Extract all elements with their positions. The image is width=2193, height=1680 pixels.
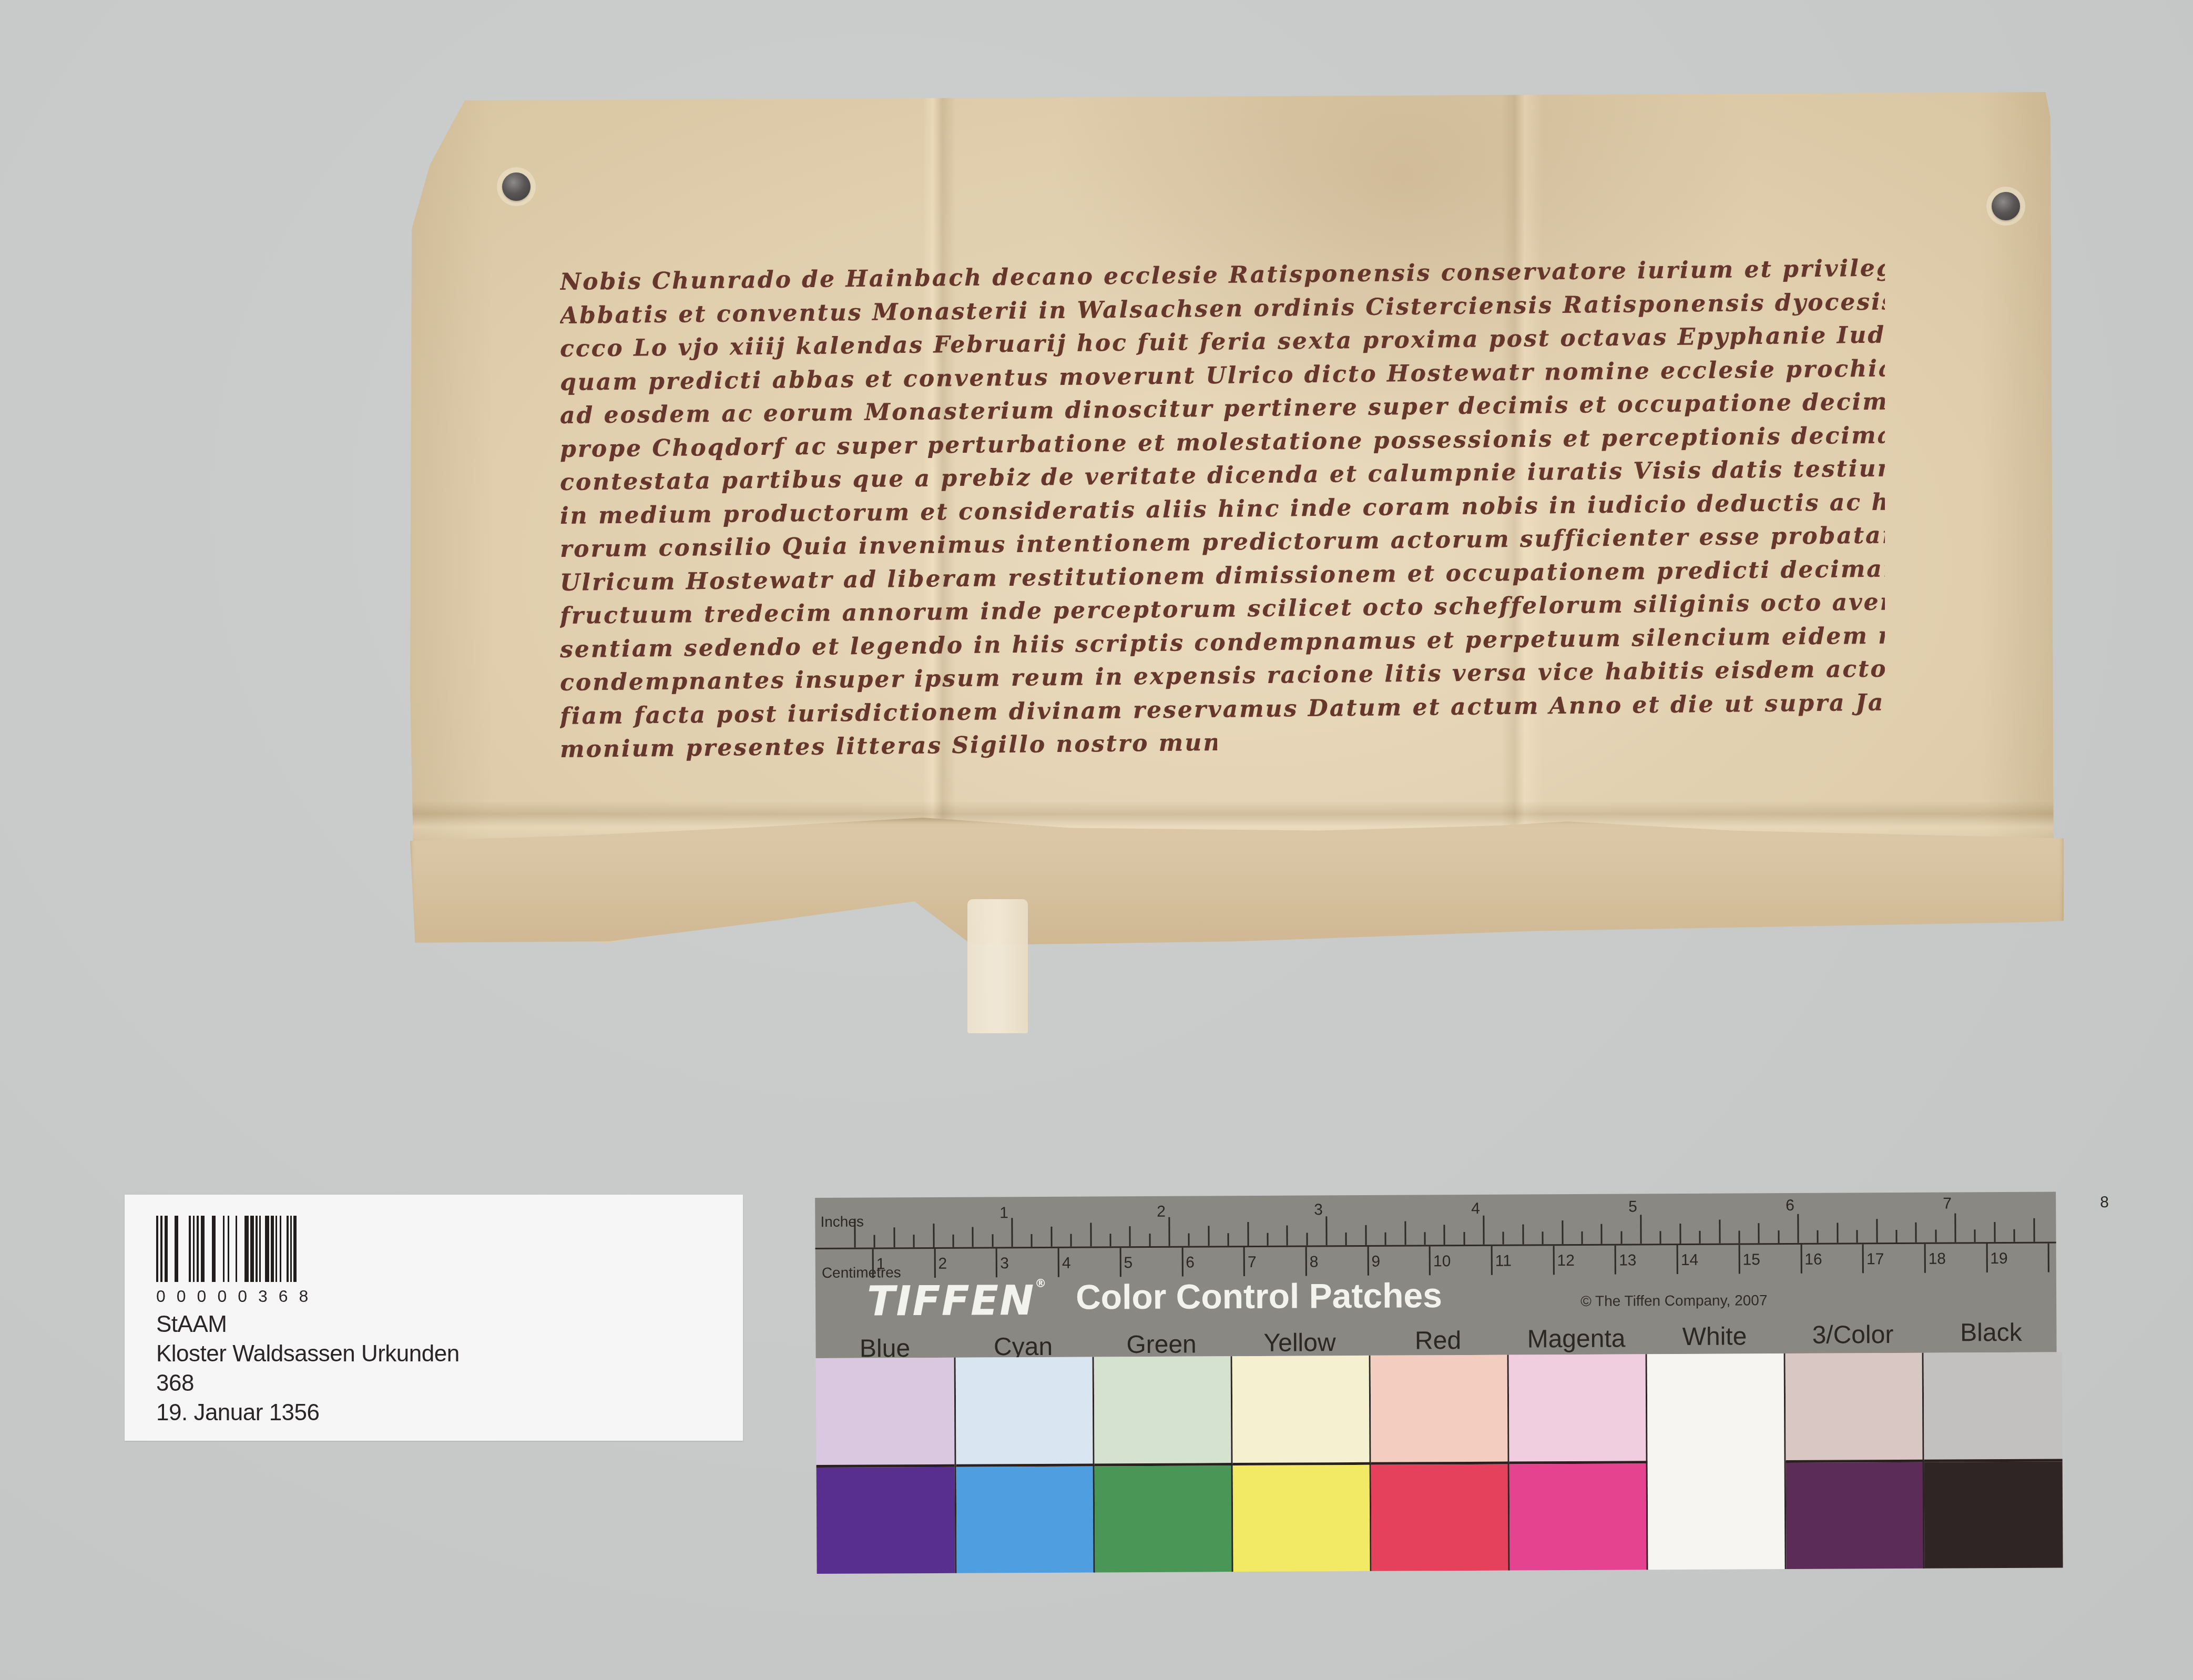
collection-name: Kloster Waldsassen Urkunden — [156, 1341, 460, 1367]
document-number: 368 — [156, 1370, 194, 1397]
light-patch — [1232, 1356, 1371, 1464]
inch-tick — [1660, 1231, 1661, 1244]
cm-tick-label: 2 — [938, 1255, 947, 1273]
color-patch-3-color — [1784, 1353, 1925, 1569]
inch-tick — [1031, 1234, 1033, 1247]
inch-tick — [1699, 1231, 1701, 1244]
inch-tick — [1228, 1233, 1229, 1246]
cm-tick-label: 15 — [1742, 1251, 1760, 1269]
inch-tick — [1424, 1232, 1425, 1245]
color-patch-yellow — [1231, 1356, 1372, 1572]
light-patch — [956, 1357, 1095, 1465]
document-date: 19. Januar 1356 — [156, 1400, 320, 1426]
cm-tick-label: 4 — [1062, 1255, 1071, 1272]
cm-tick-label: 1 — [876, 1255, 885, 1273]
inch-tick — [1797, 1214, 1799, 1243]
patch-label: Yellow — [1263, 1328, 1335, 1358]
tiffen-color-chart: Inches Centimetres 12345678 123456789101… — [815, 1177, 2061, 1575]
patch-label: 3/Color — [1812, 1320, 1893, 1349]
inch-tick — [1385, 1233, 1386, 1245]
cm-tick-label: 16 — [1804, 1251, 1822, 1269]
inch-tick — [1542, 1231, 1544, 1244]
tiffen-logo: TIFFEN® — [867, 1277, 1048, 1326]
ruler-baseline — [815, 1241, 2056, 1249]
inch-tick-label: 6 — [1786, 1196, 1794, 1214]
brand-name: TIFFEN — [867, 1277, 1035, 1326]
patch-label: Green — [1126, 1330, 1197, 1359]
inch-tick — [1325, 1216, 1327, 1245]
inch-tick-label: 7 — [1943, 1195, 1952, 1213]
dark-patch — [817, 1467, 955, 1574]
cm-tick — [1305, 1247, 1307, 1276]
inch-tick-label: 3 — [1314, 1201, 1323, 1219]
cm-tick-label: 12 — [1557, 1252, 1575, 1270]
chart-ruler-header: Inches Centimetres 12345678 123456789101… — [815, 1192, 2056, 1358]
cm-tick — [872, 1249, 874, 1278]
inch-tick — [1954, 1213, 1956, 1242]
dark-patch — [1371, 1464, 1510, 1571]
inch-tick — [1640, 1215, 1641, 1244]
centimetre-scale: 12345678910111213141516171819 — [815, 1192, 2056, 1198]
inch-tick — [1601, 1224, 1603, 1244]
inch-tick-label: 5 — [1628, 1198, 1637, 1216]
inch-tick — [1895, 1230, 1897, 1243]
color-patch-white — [1646, 1353, 1787, 1570]
inch-tick — [1562, 1220, 1563, 1244]
inch-tick — [1129, 1226, 1131, 1246]
cm-tick — [1367, 1247, 1369, 1276]
barcode — [156, 1216, 297, 1282]
color-patch-cyan — [954, 1357, 1095, 1573]
color-patch-blue — [816, 1358, 955, 1574]
light-patch — [1094, 1356, 1233, 1464]
dark-patch — [1924, 1461, 2063, 1568]
inch-tick — [1778, 1230, 1779, 1243]
inch-tick — [1679, 1224, 1681, 1244]
inch-tick — [1463, 1232, 1465, 1245]
inch-tick — [1287, 1226, 1288, 1246]
inch-tick — [1935, 1230, 1936, 1243]
cm-tick-label: 10 — [1433, 1253, 1451, 1270]
cm-tick — [1862, 1244, 1864, 1273]
inch-tick — [1444, 1225, 1445, 1245]
light-patch — [1647, 1353, 1787, 1570]
inch-tick — [1758, 1223, 1760, 1243]
inch-tick — [1090, 1223, 1092, 1246]
inch-tick — [913, 1235, 915, 1247]
mounting-magnet-left — [502, 172, 531, 201]
inch-tick — [1974, 1229, 1976, 1242]
cm-tick — [1181, 1248, 1183, 1277]
inch-tick — [1109, 1234, 1111, 1246]
cm-tick — [1243, 1247, 1245, 1276]
inch-tick-label: 1 — [999, 1204, 1008, 1222]
cm-tick — [1677, 1245, 1678, 1274]
inch-tick-label: 4 — [1471, 1199, 1480, 1217]
cm-tick-label: 13 — [1619, 1251, 1637, 1269]
cm-tick — [1615, 1246, 1616, 1275]
manuscript-text-block: Nobis Chunrado de Hainbach decano eccles… — [560, 266, 1885, 767]
chart-title: Color Control Patches — [1076, 1275, 1442, 1317]
cm-tick — [1553, 1246, 1554, 1275]
light-patch — [1509, 1354, 1648, 1462]
inch-tick — [1817, 1230, 1819, 1243]
inch-tick-label: 2 — [1157, 1203, 1166, 1220]
inch-tick — [1837, 1223, 1838, 1243]
inch-tick — [1404, 1221, 1406, 1245]
inch-tick — [952, 1235, 954, 1247]
dark-patch — [1509, 1463, 1648, 1570]
color-patch-magenta — [1507, 1354, 1648, 1570]
cm-tick-label: 17 — [1866, 1250, 1884, 1268]
inch-tick — [1247, 1222, 1249, 1246]
inch-tick — [1149, 1234, 1150, 1246]
inch-tick — [992, 1234, 993, 1247]
inch-tick — [1581, 1231, 1583, 1244]
manuscript-line: monium presentes litteras Sigillo nostro… — [560, 726, 1218, 767]
inch-tick — [1168, 1217, 1170, 1246]
parchment-fold-plica — [410, 818, 2064, 946]
cm-tick-label: 14 — [1681, 1251, 1699, 1269]
inch-tick — [1365, 1225, 1366, 1245]
inch-tick — [1188, 1234, 1190, 1246]
light-patch — [1924, 1352, 2063, 1460]
inch-tick — [1306, 1233, 1308, 1245]
archive-name: StAAM — [156, 1311, 227, 1338]
barcode-number: 00000368 — [156, 1287, 319, 1306]
cm-tick-label: 19 — [1990, 1250, 2008, 1268]
inch-tick — [1208, 1226, 1209, 1246]
inch-tick — [1483, 1216, 1484, 1245]
cm-tick — [1429, 1246, 1431, 1275]
cm-tick — [1058, 1248, 1059, 1277]
inch-tick — [1070, 1234, 1072, 1247]
light-patch — [1786, 1353, 1924, 1461]
registered-mark: ® — [1035, 1277, 1047, 1290]
color-patch-red — [1369, 1355, 1510, 1571]
inch-tick — [1267, 1233, 1268, 1246]
inch-tick — [874, 1235, 875, 1247]
inch-tick — [1876, 1219, 1878, 1243]
inch-tick — [1522, 1224, 1524, 1244]
cm-tick-label: 9 — [1371, 1253, 1380, 1271]
inch-tick — [2033, 1218, 2035, 1242]
dark-patch — [1233, 1465, 1372, 1572]
cm-tick — [1491, 1246, 1493, 1275]
mounting-magnet-right — [1992, 192, 2020, 220]
cm-tick — [1924, 1244, 1925, 1273]
cm-tick-label: 7 — [1248, 1254, 1257, 1271]
copyright-notice: © The Tiffen Company, 2007 — [1580, 1292, 1767, 1310]
inch-tick — [1994, 1222, 1995, 1242]
dark-patch — [956, 1466, 1095, 1573]
inch-tick — [1503, 1232, 1504, 1245]
inch-tick — [1719, 1220, 1720, 1244]
cm-tick-label: 11 — [1495, 1253, 1512, 1270]
inch-tick — [933, 1224, 934, 1247]
cm-tick — [2048, 1244, 2049, 1272]
light-patch — [1371, 1355, 1509, 1463]
inch-tick — [1011, 1218, 1013, 1247]
cm-tick — [1986, 1244, 1987, 1272]
seal-slit-patch — [967, 899, 1028, 1033]
inch-tick — [1345, 1233, 1347, 1245]
inch-tick — [1738, 1230, 1740, 1243]
inch-tick — [1915, 1223, 1917, 1243]
patch-label: Red — [1415, 1326, 1461, 1355]
inch-tick — [854, 1219, 855, 1248]
dark-patch — [1786, 1462, 1925, 1569]
color-patch-green — [1093, 1356, 1233, 1572]
archive-label-card: 00000368 StAAM Kloster Waldsassen Urkund… — [125, 1195, 743, 1441]
inch-tick — [1857, 1230, 1858, 1243]
inch-tick — [1050, 1227, 1052, 1247]
cm-tick — [1119, 1248, 1121, 1277]
patch-label: White — [1682, 1322, 1747, 1351]
inch-tick — [893, 1227, 895, 1247]
cm-tick-label: 18 — [1929, 1250, 1946, 1268]
color-patch-black — [1922, 1352, 2063, 1568]
cm-tick — [1800, 1245, 1802, 1274]
cm-tick — [934, 1249, 935, 1278]
patch-label: Black — [1960, 1318, 2022, 1348]
cm-tick-label: 5 — [1124, 1254, 1133, 1272]
cm-tick-label: 6 — [1186, 1254, 1195, 1271]
inch-tick — [1620, 1231, 1622, 1244]
inch-tick-label: 8 — [2100, 1193, 2109, 1211]
inch-scale: 12345678 — [815, 1192, 2056, 1198]
patch-label: Magenta — [1527, 1324, 1625, 1353]
inch-tick — [2014, 1229, 2015, 1242]
dark-patch — [1095, 1465, 1233, 1572]
cm-tick — [1738, 1245, 1740, 1274]
light-patch — [816, 1358, 955, 1466]
cm-tick-label: 3 — [1000, 1255, 1009, 1272]
cm-tick-label: 8 — [1310, 1253, 1319, 1271]
cm-tick — [996, 1248, 997, 1277]
inch-tick — [972, 1227, 974, 1247]
inches-label: Inches — [820, 1214, 864, 1230]
